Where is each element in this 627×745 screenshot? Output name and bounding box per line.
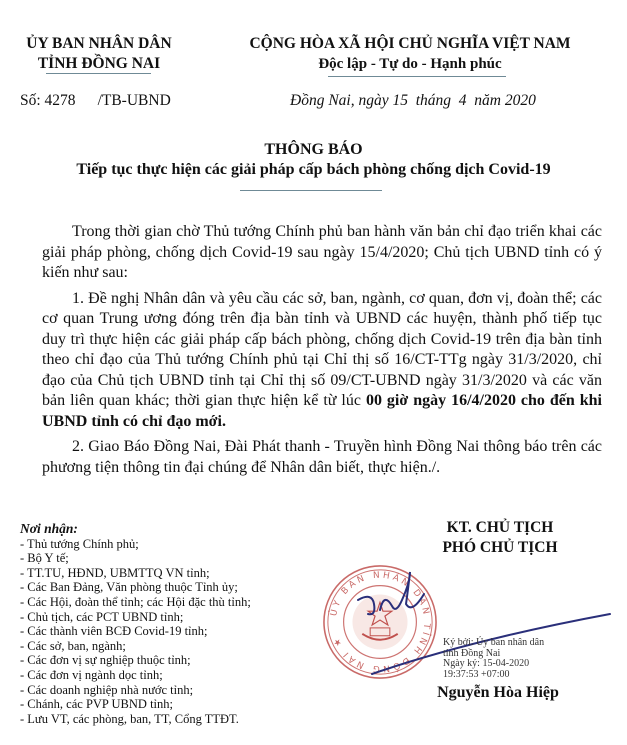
recipient-item: - TT.TU, HĐND, UBMTTQ VN tỉnh;: [20, 566, 320, 581]
recipients-label: Nơi nhận:: [20, 522, 320, 537]
recipient-item: - Các đơn vị sự nghiệp thuộc tỉnh;: [20, 653, 320, 668]
digital-signature-info: Ký bởi: Ủy ban nhân dân tỉnh Đồng Nai Ng…: [443, 638, 544, 680]
document-subject: Tiếp tục thực hiện các giải pháp cấp bác…: [0, 160, 627, 180]
recipient-item: - Thủ tướng Chính phủ;: [20, 537, 320, 552]
agency-underline: [46, 73, 151, 74]
issuing-agency: ỦY BAN NHÂN DÂN TỈNH ĐỒNG NAI: [14, 34, 184, 74]
digital-signed-by: Ký bởi: Ủy ban nhân dân: [443, 638, 544, 649]
recipient-item: - Chủ tịch, các PCT UBND tỉnh;: [20, 610, 320, 625]
document-title: THÔNG BÁO Tiếp tục thực hiện các giải ph…: [0, 140, 627, 180]
signatory-line-2: PHÓ CHỦ TỊCH: [400, 538, 600, 558]
recipient-item: - Chánh, các PVP UBND tỉnh;: [20, 697, 320, 712]
item-2-paragraph: 2. Giao Báo Đồng Nai, Đài Phát thanh - T…: [42, 437, 602, 478]
recipients-block: Nơi nhận: - Thủ tướng Chính phủ;- Bộ Y t…: [20, 522, 320, 726]
recipient-item: - Các đơn vị ngành dọc tỉnh;: [20, 668, 320, 683]
recipients-list: - Thủ tướng Chính phủ;- Bộ Y tế;- TT.TU,…: [20, 537, 320, 727]
signatory-line-1: KT. CHỦ TỊCH: [400, 518, 600, 538]
signer-name: Nguyễn Hòa Hiệp: [398, 684, 598, 702]
doc-number-value: Số: 4278: [20, 92, 76, 109]
recipient-item: - Các sở, ban, ngành;: [20, 639, 320, 654]
document-number: Số: 4278/TB-UBND: [20, 92, 171, 110]
recipient-item: - Các Ban Đảng, Văn phòng thuộc Tỉnh ủy;: [20, 580, 320, 595]
recipient-item: - Bộ Y tế;: [20, 551, 320, 566]
intro-paragraph: Trong thời gian chờ Thủ tướng Chính phủ …: [42, 222, 602, 284]
place-date: Đồng Nai, ngày 15 tháng 4 năm 2020: [290, 92, 536, 110]
agency-line-2: TỈNH ĐỒNG NAI: [14, 54, 184, 74]
nation-title: CỘNG HÒA XÃ HỘI CHỦ NGHĨA VIỆT NAM: [210, 34, 610, 54]
recipient-item: - Các doanh nghiệp nhà nước tỉnh;: [20, 683, 320, 698]
agency-line-1: ỦY BAN NHÂN DÂN: [14, 34, 184, 54]
recipient-item: - Lưu VT, các phòng, ban, TT, Cổng TTĐT.: [20, 712, 320, 727]
document-type: THÔNG BÁO: [0, 140, 627, 160]
doc-number-suffix: /TB-UBND: [98, 92, 171, 109]
signatory-title: KT. CHỦ TỊCH PHÓ CHỦ TỊCH: [400, 518, 600, 558]
recipient-item: - Các Hội, đoàn thể tỉnh; các Hội đặc th…: [20, 595, 320, 610]
document-body: Trong thời gian chờ Thủ tướng Chính phủ …: [42, 222, 602, 483]
digital-sign-time: 19:37:53 +07:00: [443, 670, 544, 681]
item-1-paragraph: 1. Đề nghị Nhân dân và yêu cầu các sở, b…: [42, 289, 602, 433]
recipient-item: - Các thành viên BCĐ Covid-19 tỉnh;: [20, 624, 320, 639]
national-motto: Độc lập - Tự do - Hạnh phúc: [210, 54, 610, 74]
motto-underline: [328, 76, 506, 77]
title-underline: [240, 190, 382, 191]
digital-sign-date: Ngày ký: 15-04-2020: [443, 659, 544, 670]
national-header: CỘNG HÒA XÃ HỘI CHỦ NGHĨA VIỆT NAM Độc l…: [210, 34, 610, 74]
